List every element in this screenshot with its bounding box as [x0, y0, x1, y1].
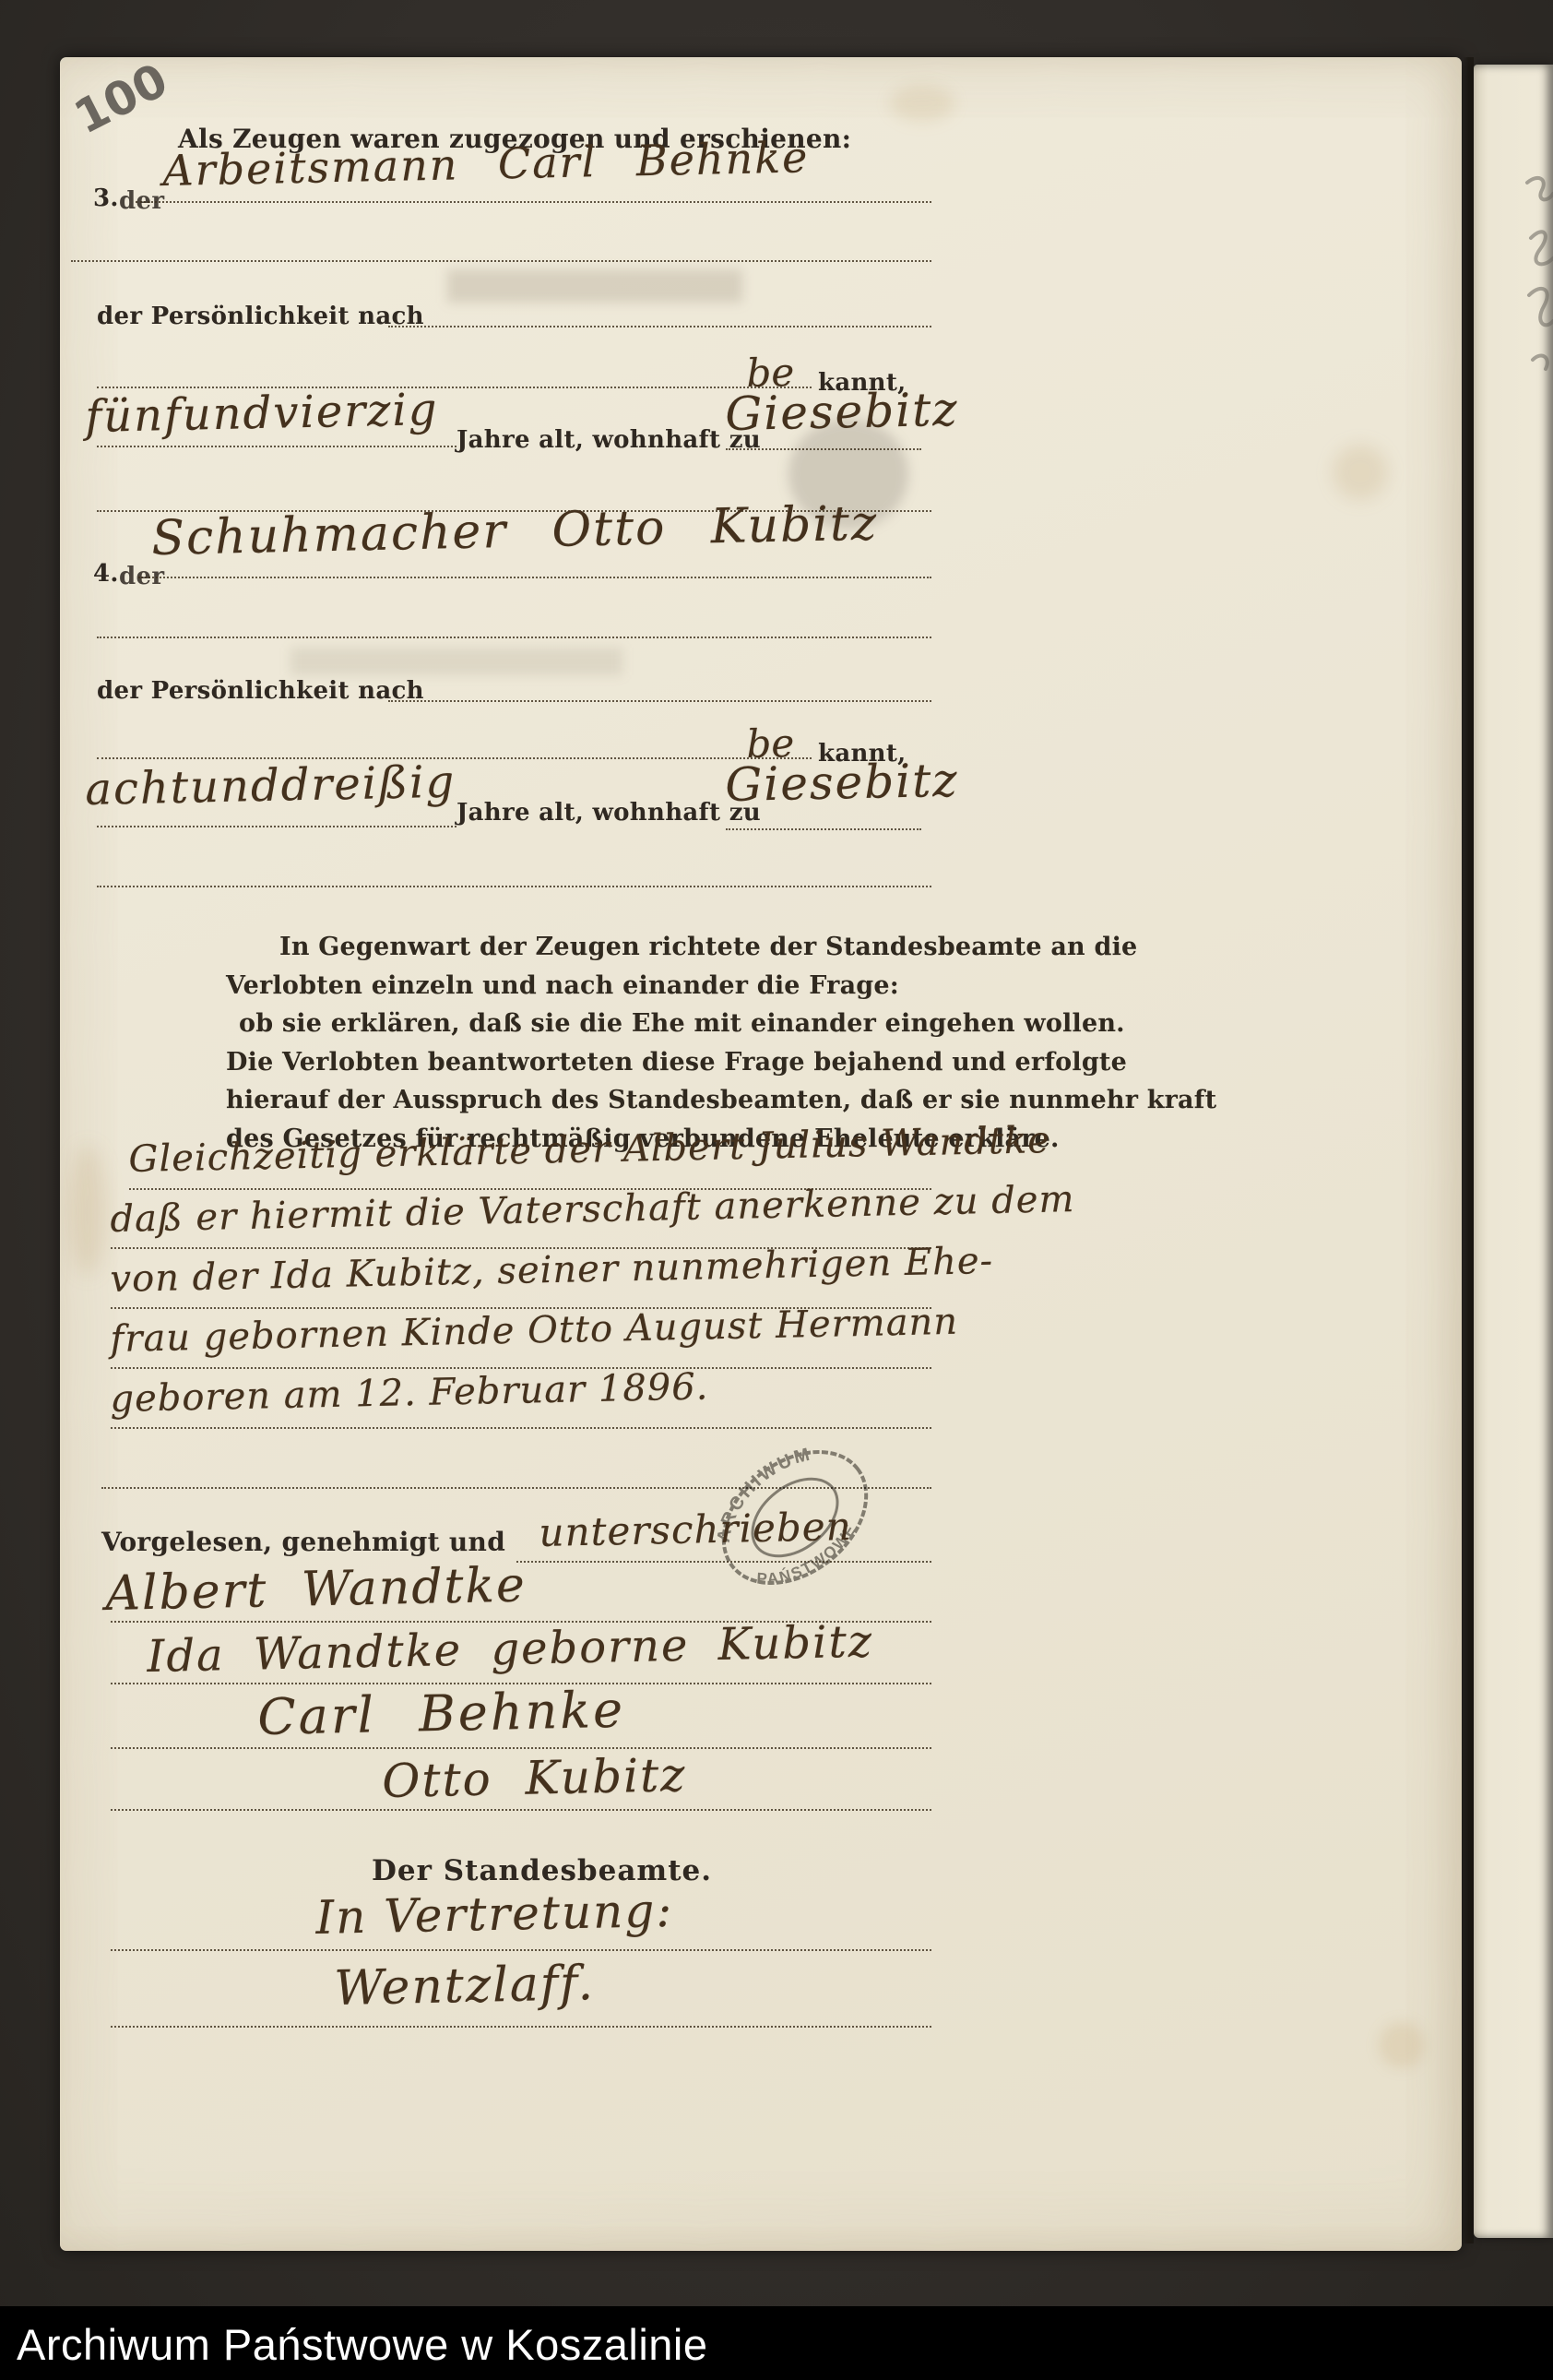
- witness4-number: 4.: [93, 560, 119, 588]
- pencil-marks-adjacent-page: [1474, 166, 1553, 443]
- witness3-age-handwritten: fünfundvierzig: [85, 384, 439, 443]
- dotted-line: [138, 577, 931, 578]
- archival-photo: 100 Als Zeugen waren zugezogen und ersch…: [0, 0, 1553, 2380]
- witness3-number: 3.: [93, 184, 119, 212]
- dotted-line: [111, 1747, 931, 1749]
- paper-stain: [890, 85, 954, 122]
- witness4-age-handwritten: achtunddreißig: [85, 756, 456, 815]
- witness4-age-residence-label: Jahre alt, wohnhaft zu: [456, 799, 761, 827]
- paragraph-line: Die Verlobten beantworteten diese Frage …: [226, 1043, 936, 1082]
- paper-stain: [1379, 2022, 1425, 2068]
- paper-stain: [69, 1146, 106, 1275]
- witness4-name-handwritten: Schuhmacher Otto Kubitz: [151, 496, 879, 566]
- dotted-line: [97, 886, 931, 887]
- witness4-personality-label: der Persönlichkeit nach: [97, 677, 424, 705]
- registrar-title: Der Standesbeamte.: [372, 1854, 712, 1887]
- witness3-personality-label: der Persönlichkeit nach: [97, 303, 424, 330]
- paragraph-line: Verlobten einzeln und nach einander die …: [226, 967, 936, 1006]
- dotted-line: [97, 446, 456, 447]
- signature-ida-wandtke: Ida Wandtke geborne Kubitz: [147, 1616, 874, 1683]
- dotted-line: [97, 826, 456, 827]
- paragraph-line: hierauf der Ausspruch des Standesbeamten…: [226, 1081, 936, 1120]
- registrar-signature-handwritten: Wentzlaff.: [334, 1956, 596, 2017]
- dotted-line: [726, 448, 921, 450]
- register-page: 100 Als Zeugen waren zugezogen und ersch…: [60, 57, 1462, 2251]
- ink-bleedthrough: [290, 648, 622, 675]
- page-number-annotation: 100: [66, 57, 176, 145]
- book-gutter-crease: [1463, 57, 1474, 2243]
- registrar-deputy-note-handwritten: In Vertretung:: [315, 1884, 674, 1945]
- dotted-line: [111, 2026, 931, 2028]
- paragraph-line: In Gegenwart der Zeugen richtete der Sta…: [226, 928, 936, 967]
- caption-band: Archiwum Państwowe w Koszalinie: [0, 2306, 1553, 2380]
- dotted-line: [97, 637, 931, 638]
- adjacent-page-edge: [1474, 65, 1553, 2238]
- signature-albert-wandtke: Albert Wandtke: [105, 1557, 528, 1622]
- ink-bleedthrough: [447, 269, 742, 303]
- dotted-line: [71, 260, 931, 262]
- dotted-line: [388, 700, 931, 702]
- closing-handwritten-word: unterschrieben: [539, 1504, 852, 1555]
- witness3-age-residence-label: Jahre alt, wohnhaft zu: [456, 426, 761, 454]
- declaration-line-handwritten: geboren am 12. Februar 1896.: [110, 1365, 709, 1421]
- dotted-line: [111, 1809, 931, 1811]
- witness3-residence-handwritten: Giesebitz: [725, 383, 959, 441]
- paragraph-line: ob sie erklären, daß sie die Ehe mit ein…: [226, 1005, 936, 1043]
- closing-printed-label: Vorgelesen, genehmigt und: [101, 1527, 505, 1557]
- dotted-line: [388, 326, 931, 327]
- signature-carl-behnke: Carl Behnke: [257, 1681, 626, 1746]
- dotted-line: [111, 1949, 931, 1951]
- declaration-line-handwritten: frau gebornen Kinde Otto August Hermann: [110, 1301, 958, 1361]
- signature-otto-kubitz: Otto Kubitz: [382, 1748, 687, 1808]
- witness4-residence-handwritten: Giesebitz: [725, 754, 959, 812]
- paper-stain: [1333, 445, 1388, 500]
- dotted-line: [136, 201, 931, 203]
- archive-caption: Archiwum Państwowe w Koszalinie: [17, 2319, 708, 2370]
- dotted-line: [726, 828, 921, 830]
- dotted-line: [516, 1561, 931, 1563]
